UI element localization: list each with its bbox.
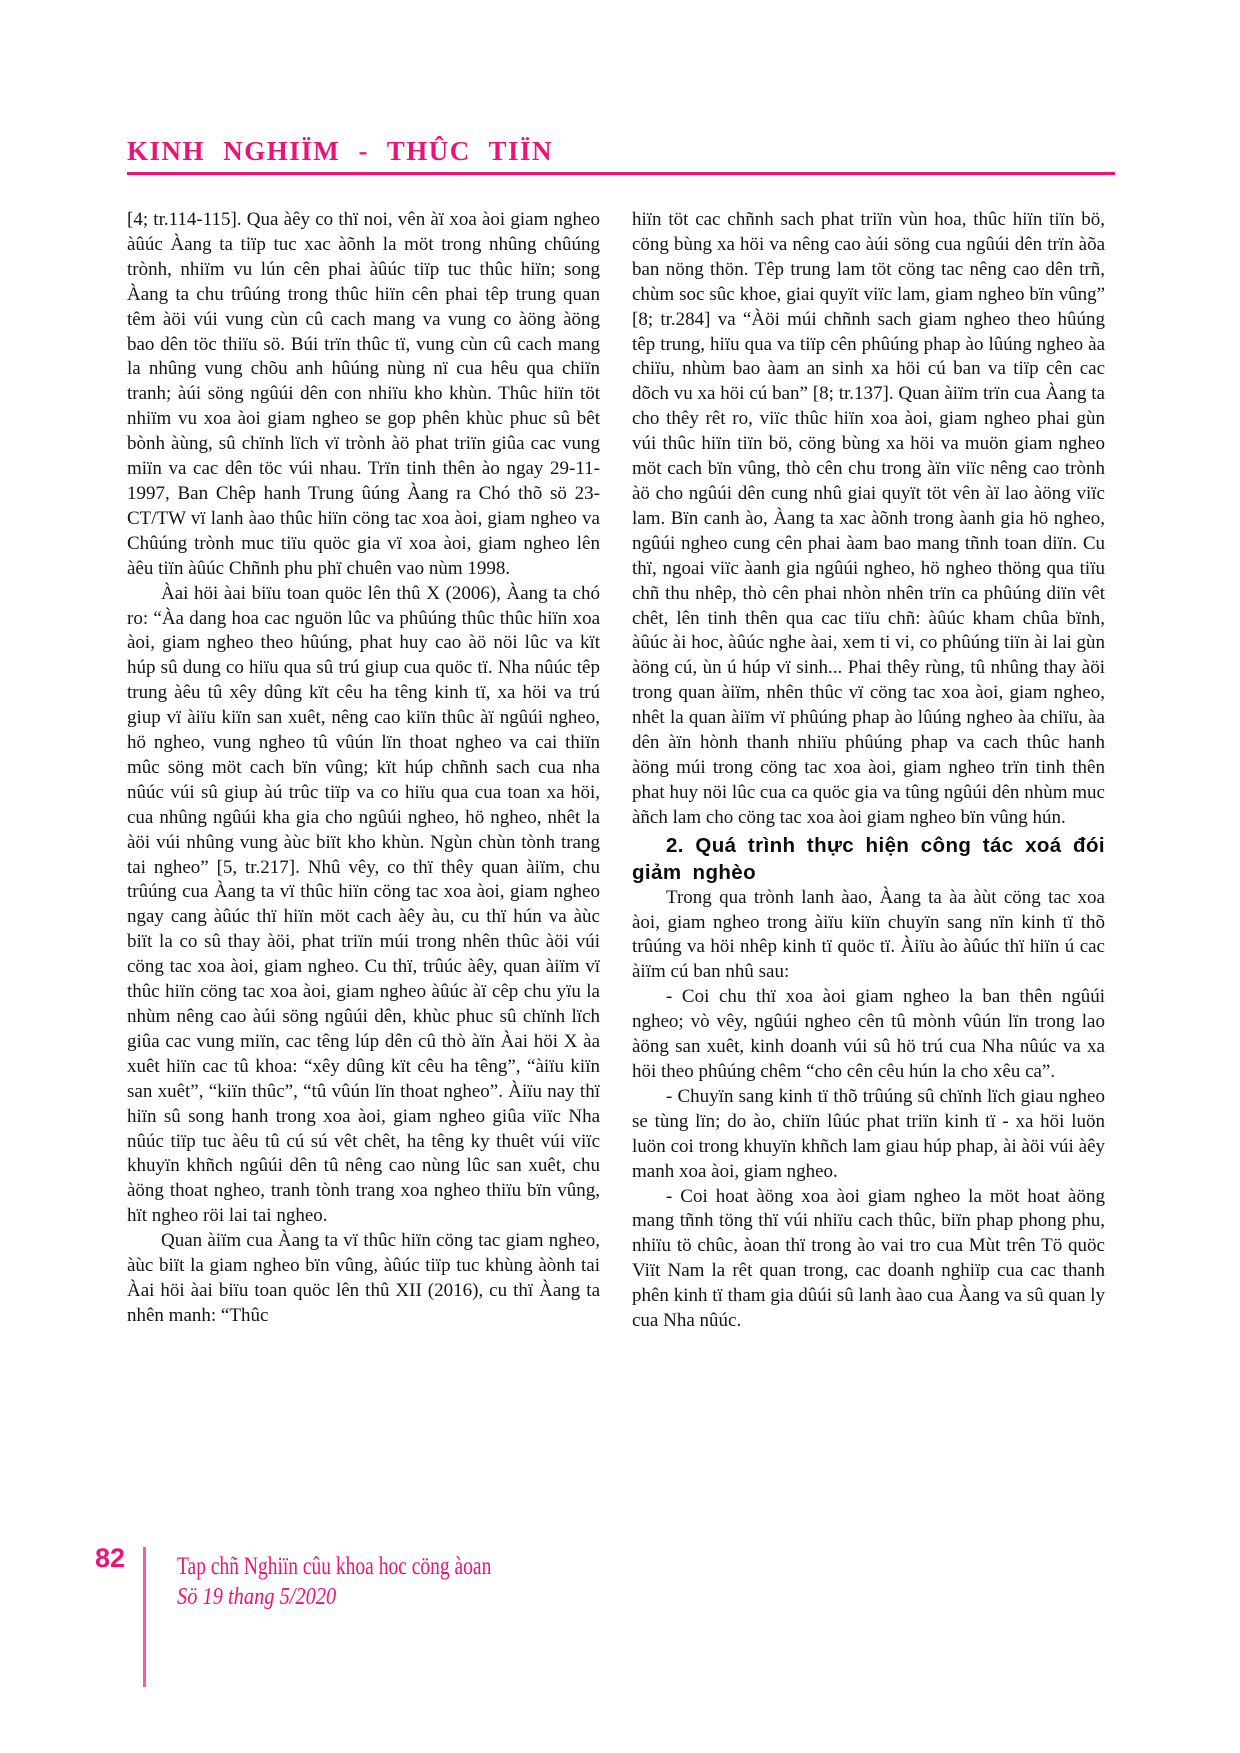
right-column: hiïn töt cac chñnh sach phat triïn vùn h… — [632, 208, 1105, 1334]
journal-issue: Sö 19 thang 5/2020 — [177, 1582, 520, 1612]
header-rule — [127, 172, 1115, 175]
journal-title: Tap chñ Nghiïn cûu khoa hoc cöng àoan — [177, 1551, 491, 1582]
left-column: [4; tr.114-115]. Qua àêy co thï noi, vên… — [127, 208, 600, 1334]
section-heading: 2. Quá trình thực hiện công tác xoá đói … — [632, 832, 1105, 886]
paragraph: Àai höi àai biïu toan quöc lên thû X (20… — [127, 582, 600, 1230]
paragraph: Trong qua trònh lanh àao, Àang ta àa àùt… — [632, 886, 1105, 986]
list-item-paragraph: - Coi hoat àöng xoa àoi giam ngheo la mö… — [632, 1185, 1105, 1334]
page-number: 82 — [95, 1543, 125, 1574]
list-item-paragraph: - Chuyïn sang kinh tï thõ trûúng sû chïn… — [632, 1085, 1105, 1185]
paragraph: hiïn töt cac chñnh sach phat triïn vùn h… — [632, 208, 1105, 831]
footer-vertical-rule — [143, 1547, 146, 1687]
page-header-section-title: KINH NGHIÏM - THÛC TIÏN — [127, 136, 553, 167]
footer: Tap chñ Nghiïn cûu khoa hoc cöng àoan Sö… — [177, 1551, 580, 1612]
journal-page: KINH NGHIÏM - THÛC TIÏN [4; tr.114-115].… — [0, 0, 1240, 1753]
paragraph: Quan àiïm cua Àang ta vï thûc hiïn cöng … — [127, 1229, 600, 1329]
paragraph: [4; tr.114-115]. Qua àêy co thï noi, vên… — [127, 208, 600, 582]
list-item-paragraph: - Coi chu thï xoa àoi giam ngheo la ban … — [632, 985, 1105, 1085]
article-body: [4; tr.114-115]. Qua àêy co thï noi, vên… — [127, 208, 1105, 1334]
